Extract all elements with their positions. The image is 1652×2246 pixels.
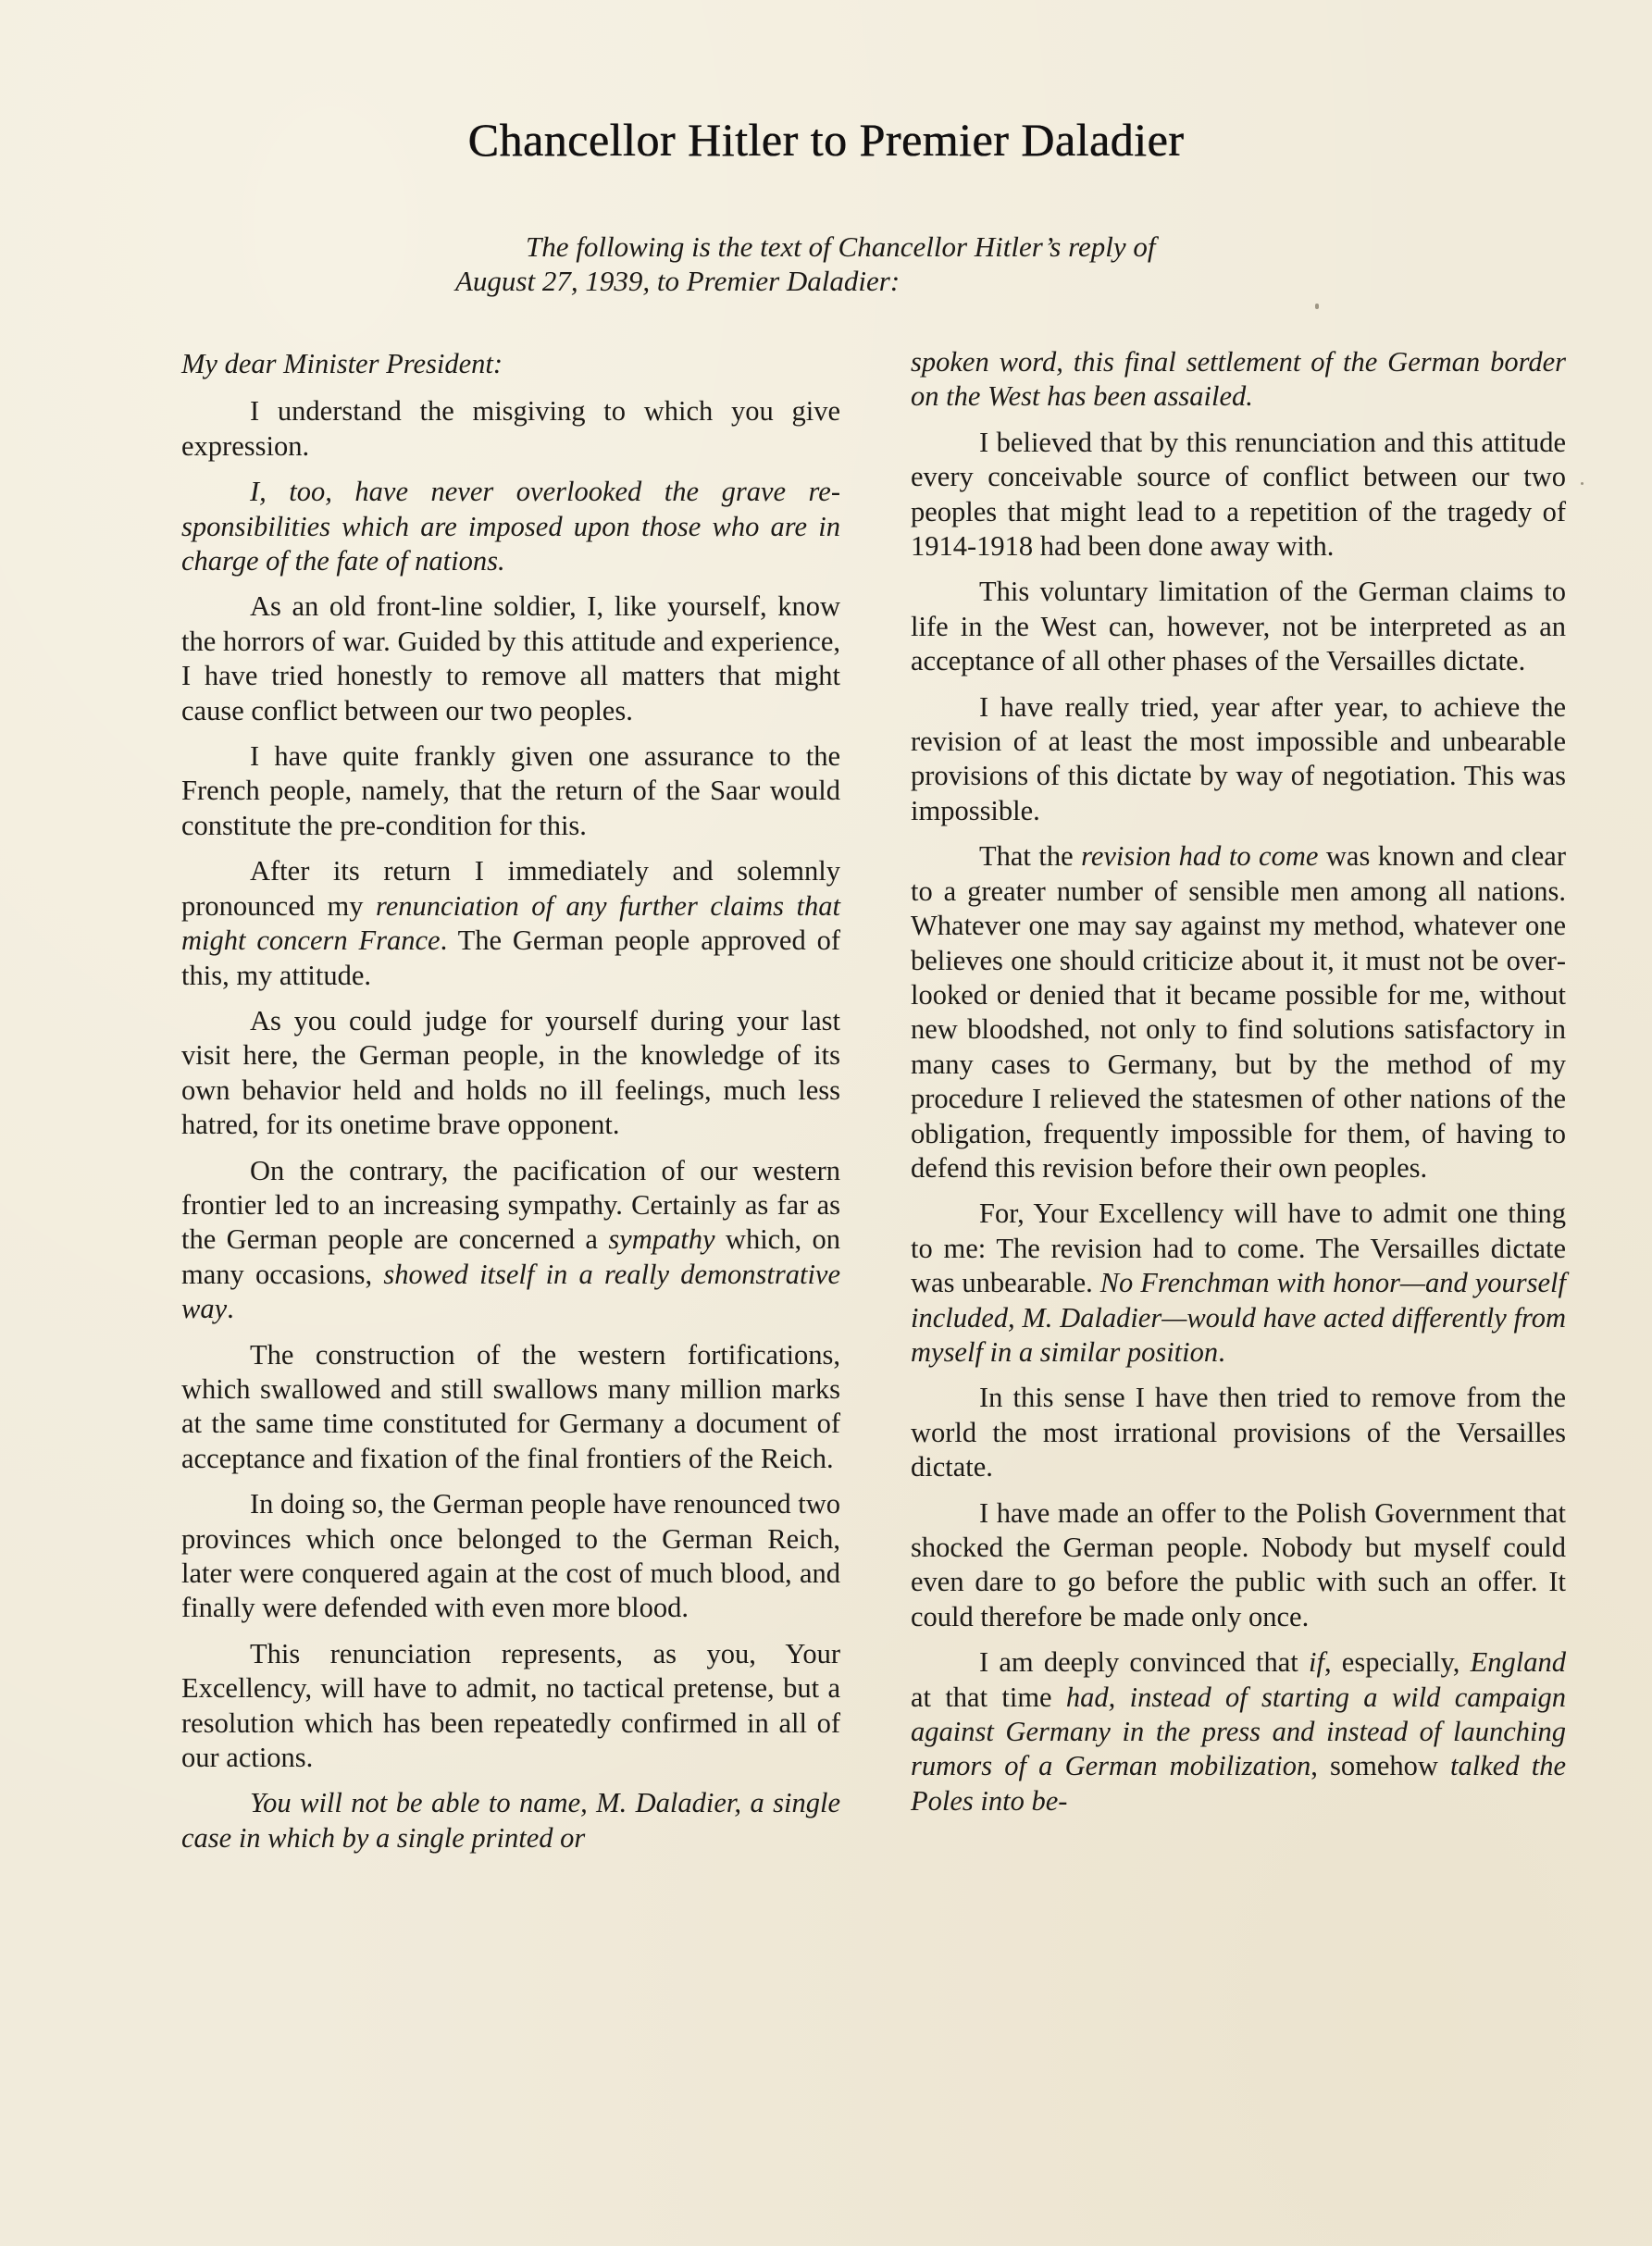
intro-line-1: The following is the text of Chancellor … xyxy=(455,230,1288,264)
body-paragraph: I understand the misgiving to which you … xyxy=(181,394,840,464)
right-paragraphs: spoken word, this final settlement of th… xyxy=(911,345,1566,1818)
body-paragraph: On the contrary, the pacification of our… xyxy=(181,1154,840,1327)
italic-text: if xyxy=(1309,1646,1324,1678)
italic-text: You will not be able to name, M. Daladie… xyxy=(181,1787,840,1853)
italic-text: England xyxy=(1471,1646,1566,1678)
body-text: at that time xyxy=(911,1681,1066,1713)
body-text: I have made an offer to the Polish Gover… xyxy=(911,1497,1566,1632)
body-text: I have really tried, year after year, to… xyxy=(911,691,1566,826)
body-paragraph: I, too, have never overlooked the grave … xyxy=(181,475,840,578)
body-paragraph: After its return I immediately and solem… xyxy=(181,854,840,993)
salutation: My dear Minister President: xyxy=(181,347,840,381)
body-paragraph: As you could judge for yourself during y… xyxy=(181,1004,840,1143)
body-text: , somehow xyxy=(1310,1750,1450,1781)
italic-text: revision had to come xyxy=(1081,840,1318,872)
intro-line-2: August 27, 1939, to Premier Daladier: xyxy=(455,264,1288,298)
body-text: As you could judge for yourself during y… xyxy=(181,1005,840,1140)
body-paragraph: This voluntary limitation of the German … xyxy=(911,575,1566,678)
body-text: In doing so, the German people have re­n… xyxy=(181,1488,840,1623)
body-text: This voluntary limitation of the German … xyxy=(911,576,1566,676)
body-text: . xyxy=(227,1293,234,1324)
body-paragraph: The construction of the western fortific… xyxy=(181,1338,840,1477)
body-text: The construction of the western fortific… xyxy=(181,1339,840,1474)
italic-text: sympathy xyxy=(608,1223,714,1255)
body-text: I have quite frankly given one assurance… xyxy=(181,740,840,841)
body-paragraph: I have really tried, year after year, to… xyxy=(911,690,1566,829)
body-text: In this sense I have then tried to remov… xyxy=(911,1382,1566,1483)
body-paragraph: In this sense I have then tried to remov… xyxy=(911,1381,1566,1484)
body-text: That the xyxy=(979,840,1081,872)
body-paragraph: I have made an offer to the Polish Gover… xyxy=(911,1496,1566,1635)
document-page: Chancellor Hitler to Premier Daladier Th… xyxy=(0,0,1652,2246)
body-paragraph: I am deeply convinced that if, especiall… xyxy=(911,1645,1566,1818)
paper-speck xyxy=(1315,304,1319,309)
body-text: I believed that by this renunciation and… xyxy=(911,427,1566,562)
body-paragraph: As an old front-line soldier, I, like yo… xyxy=(181,589,840,728)
right-column: spoken word, this final settlement of th… xyxy=(911,345,1566,1830)
left-column: My dear Minister President: I understand… xyxy=(181,347,840,1867)
body-paragraph: For, Your Excellency will have to admit … xyxy=(911,1197,1566,1370)
body-text: was known and clear to a greater number … xyxy=(911,840,1566,1184)
intro-note: The following is the text of Chancellor … xyxy=(455,230,1288,298)
body-paragraph: I have quite frankly given one assurance… xyxy=(181,739,840,843)
body-text: I understand the misgiving to which you … xyxy=(181,395,840,461)
italic-text: spoken word, this final settlement of th… xyxy=(911,346,1566,412)
left-paragraphs: I understand the misgiving to which you … xyxy=(181,394,840,1855)
italic-text: I, too, have never overlooked the grave … xyxy=(181,476,840,577)
body-text: As an old front-line soldier, I, like yo… xyxy=(181,590,840,726)
body-text: This renunciation represents, as you, Yo… xyxy=(181,1638,840,1773)
body-paragraph: In doing so, the German people have re­n… xyxy=(181,1487,840,1626)
body-paragraph: This renunciation represents, as you, Yo… xyxy=(181,1637,840,1776)
paper-speck xyxy=(1581,482,1584,485)
body-paragraph: You will not be able to name, M. Daladie… xyxy=(181,1786,840,1855)
body-text: , especially, xyxy=(1324,1646,1471,1678)
body-paragraph: spoken word, this final settlement of th… xyxy=(911,345,1566,415)
body-text: I am deeply convinced that xyxy=(979,1646,1309,1678)
body-text: . xyxy=(1218,1336,1225,1368)
body-paragraph: I believed that by this renunciation and… xyxy=(911,426,1566,565)
body-paragraph: That the revision had to come was known … xyxy=(911,839,1566,1185)
page-title: Chancellor Hitler to Premier Daladier xyxy=(0,113,1652,167)
